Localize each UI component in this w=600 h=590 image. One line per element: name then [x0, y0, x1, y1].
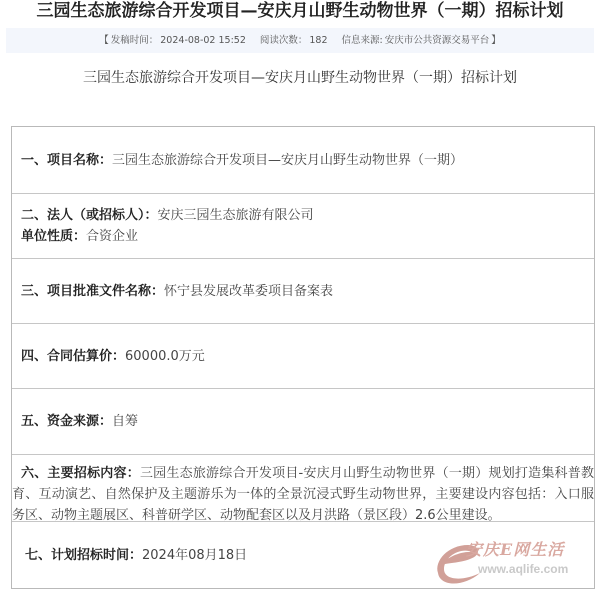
field-value-unit-nature: 合资企业 — [86, 229, 138, 244]
field-value: 怀宁县发展改革委项目备案表 — [164, 284, 333, 299]
field-label: 六、主要招标内容： — [21, 466, 140, 481]
table-row-approval-document: 三、项目批准文件名称：怀宁县发展改革委项目备案表 — [12, 258, 594, 323]
site-watermark: 安庆E网生活 www.aqlife.com — [430, 535, 600, 590]
field-label: 二、法人（或招标人）： — [21, 208, 158, 223]
tender-plan-table: 一、项目名称：三园生态旅游综合开发项目—安庆月山野生动物世界（一期） 二、法人（… — [11, 126, 595, 589]
article-meta-bar: 【发稿时间：2024-08-02 15:52阅读次数：182信息来源:安庆市公共… — [6, 28, 594, 53]
field-value: 三园生态旅游综合开发项目—安庆月山野生动物世界（一期） — [112, 153, 463, 168]
page-title: 三园生态旅游综合开发项目—安庆月山野生动物世界（一期）招标计划 — [0, 0, 600, 26]
table-row-main-content: 六、主要招标内容：三园生态旅游综合开发项目-安庆月山野生动物世界（一期）规划打造… — [12, 454, 594, 521]
field-value: 2024年08月18日 — [142, 548, 247, 563]
document-title: 三园生态旅游综合开发项目—安庆月山野生动物世界（一期）招标计划 — [60, 66, 540, 91]
publish-time: 2024-08-02 15:52 — [160, 35, 246, 46]
table-row-project-name: 一、项目名称：三园生态旅游综合开发项目—安庆月山野生动物世界（一期） — [12, 127, 594, 193]
field-label: 三、项目批准文件名称： — [21, 284, 164, 299]
field-label: 七、计划招标时间： — [25, 548, 142, 563]
publish-time-label: 发稿时间： — [111, 35, 159, 46]
source-label: 信息来源: — [342, 35, 383, 46]
table-row-estimated-price: 四、合同估算价：60000.0万元 — [12, 323, 594, 388]
table-row-legal-person: 二、法人（或招标人）：安庆三园生态旅游有限公司 单位性质：合资企业 — [12, 193, 594, 258]
source-link[interactable]: 安庆市公共资源交易平台 — [385, 35, 490, 46]
field-label: 一、项目名称： — [21, 153, 112, 168]
field-label-unit-nature: 单位性质： — [21, 229, 86, 244]
field-label: 四、合同估算价： — [21, 349, 125, 364]
field-label: 五、资金来源： — [21, 414, 112, 429]
table-row-fund-source: 五、资金来源：自筹 — [12, 388, 594, 454]
field-value: 60000.0万元 — [125, 349, 205, 364]
read-count: 182 — [309, 35, 327, 46]
meta-close-bracket: 】 — [491, 35, 501, 46]
field-value: 自筹 — [112, 414, 138, 429]
read-count-label: 阅读次数： — [260, 35, 308, 46]
meta-open-bracket: 【 — [99, 35, 109, 46]
watermark-brand: 安庆E网生活 — [466, 537, 564, 560]
field-value: 安庆三园生态旅游有限公司 — [158, 208, 314, 223]
watermark-url: www.aqlife.com — [478, 562, 568, 576]
